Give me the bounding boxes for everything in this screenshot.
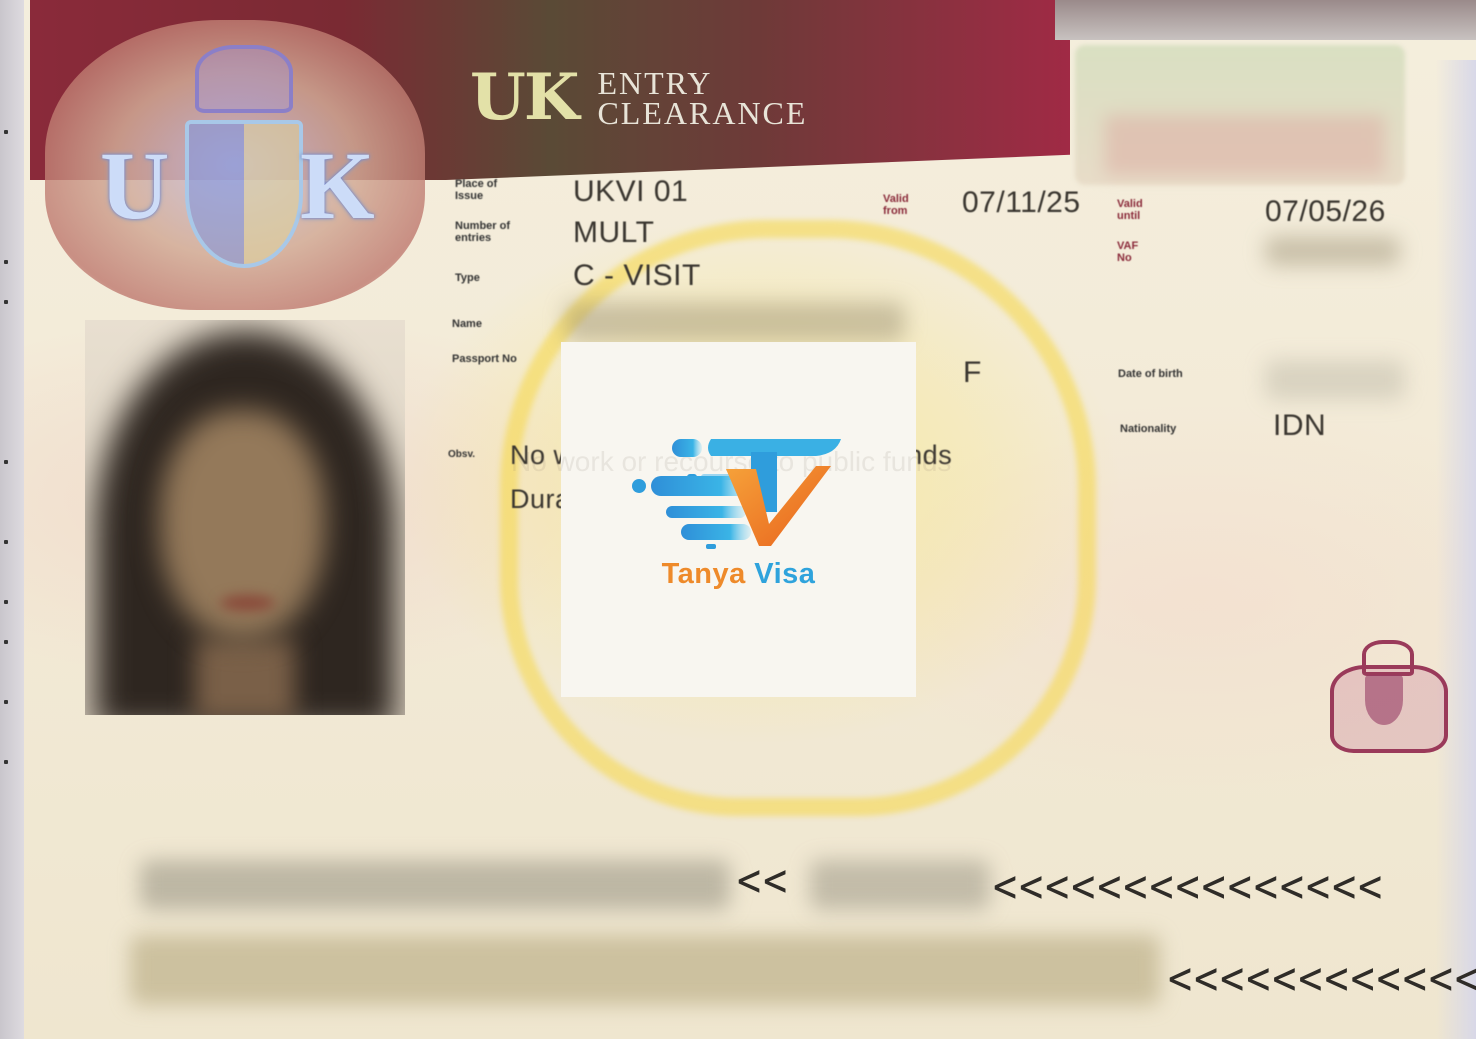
title-line-2: CLEARANCE [597, 95, 807, 131]
brand-name-part-2: Visa [754, 558, 815, 590]
mrz-line-1-filler: <<<<<<<<<<<<<<< [993, 861, 1384, 914]
brand-name: Tanya Visa [561, 558, 916, 591]
page-border-top [1055, 0, 1476, 40]
label-date-of-birth: Date of birth [1118, 368, 1188, 380]
label-type: Type [455, 272, 480, 284]
label-nationality: Nationality [1120, 423, 1176, 435]
value-type: C - VISIT [573, 259, 701, 293]
crown-icon [195, 45, 293, 113]
tanya-visa-logo-overlay: No work or recourse to public funds Tany… [561, 342, 916, 697]
value-sex: F [963, 356, 982, 390]
royal-coat-of-arms-icon [1320, 635, 1450, 750]
label-observations: Obsv. [448, 449, 475, 461]
holder-photo-blurred [85, 320, 405, 715]
label-number-of-entries: Number of entries [455, 220, 535, 244]
label-passport-no: Passport No [452, 353, 522, 365]
redacted-date-of-birth [1265, 360, 1405, 400]
value-place-of-issue: UKVI 01 [573, 175, 688, 209]
value-number-of-entries: MULT [573, 216, 654, 250]
emblem-letter-k: K [300, 130, 375, 241]
title-text: ENTRY CLEARANCE [597, 68, 807, 128]
passport-page-edge [0, 0, 24, 1039]
mrz-line-2-filler: <<<<<<<<<<<< [1168, 953, 1476, 1006]
brand-name-part-1: Tanya [662, 558, 746, 590]
passport-page-edge-right [1436, 60, 1476, 1039]
value-nationality: IDN [1273, 409, 1326, 443]
redacted-mrz-line-2 [130, 935, 1160, 1005]
value-valid-from: 07/11/25 [962, 186, 1081, 220]
redacted-mrz-line-1-b [810, 860, 990, 910]
emblem-letter-u: U [100, 130, 169, 241]
label-valid-until: Valid until [1117, 198, 1157, 222]
tanya-visa-logo-icon [631, 434, 846, 549]
label-vaf-no: VAF No [1117, 240, 1147, 264]
mrz-line-1-separator: << [737, 855, 789, 908]
label-name: Name [452, 318, 482, 330]
uk-logo-text: UK [470, 60, 577, 135]
holographic-emblem: U K [45, 20, 425, 310]
redacted-name [565, 302, 905, 342]
redacted-hologram-patch [1075, 45, 1405, 185]
redacted-vaf-no [1265, 236, 1400, 266]
redacted-mrz-line-1 [140, 860, 730, 910]
label-valid-from: Valid from [883, 193, 923, 217]
label-place-of-issue: Place of Issue [455, 178, 515, 202]
value-valid-until: 07/05/26 [1265, 195, 1386, 229]
document-title: UK ENTRY CLEARANCE [470, 60, 807, 135]
shield-icon [185, 120, 303, 268]
